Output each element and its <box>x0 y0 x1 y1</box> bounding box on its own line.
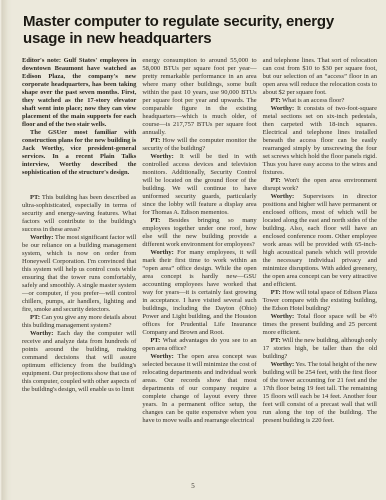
speaker-label: Worthy: <box>150 249 173 256</box>
speaker-label: PT: <box>150 337 160 344</box>
magazine-page: { "page": { "page_number": "5", "colors"… <box>0 0 386 500</box>
question-paragraph: PT: This building has been described as … <box>22 194 136 234</box>
question-text: This building has been described as ultr… <box>22 194 136 233</box>
speaker-label: PT: <box>30 314 40 321</box>
question-paragraph: PT: How will total space of Edison Plaza… <box>263 289 377 313</box>
speaker-label: Worthy: <box>30 234 53 241</box>
answer-paragraph: Worthy: Each day the computer will recei… <box>22 330 136 394</box>
speaker-label: Worthy: <box>30 330 53 337</box>
answer-paragraph: Worthy: Supervisors in director position… <box>263 193 377 289</box>
speaker-label: Worthy: <box>271 105 294 112</box>
speaker-label: Worthy: <box>150 353 173 360</box>
speaker-label: PT: <box>271 177 281 184</box>
answer-paragraph: Worthy: Yes. The total height of the new… <box>263 361 377 425</box>
article-columns: Editor's note: Gulf States' employees in… <box>0 47 386 425</box>
speaker-label: PT: <box>271 337 281 344</box>
column-1: Editor's note: Gulf States' employees in… <box>22 57 136 425</box>
page-number: 5 <box>0 482 386 490</box>
speaker-label: Worthy: <box>271 361 294 368</box>
speaker-label: Worthy: <box>150 153 173 160</box>
answer-text: Supervisors in director positions and hi… <box>263 193 377 288</box>
question-paragraph: PT: Can you give any more details about … <box>22 314 136 330</box>
column-3: and telephone lines. That sort of reloca… <box>263 57 377 425</box>
answer-text: Yes. The total height of the new buildin… <box>263 361 377 424</box>
question-paragraph: PT: Will the new building, although only… <box>263 337 377 361</box>
question-paragraph: PT: What advantages do you see to an ope… <box>142 337 256 353</box>
answer-text: The most significant factor will be our … <box>22 234 136 313</box>
column-2: energy consumption to around 55,000 to 5… <box>142 57 256 425</box>
answer-paragraph: Worthy: It consists of two-foot-square m… <box>263 105 377 177</box>
article-headline: Master computer to regulate security, en… <box>0 0 386 47</box>
speaker-label: PT: <box>150 137 160 144</box>
question-text: How will the computer monitor the securi… <box>142 137 256 152</box>
editor-note-paragraph: The GSUer most familiar with constructio… <box>22 129 136 177</box>
question-paragraph: PT: How will the computer monitor the se… <box>142 137 256 153</box>
answer-paragraph: Worthy: For many employees, it will mark… <box>142 249 256 337</box>
speaker-label: PT: <box>30 194 40 201</box>
speaker-label: PT: <box>271 289 281 296</box>
answer-paragraph: Worthy: The open area concept was select… <box>142 353 256 425</box>
question-text: Can you give any more details about this… <box>22 314 136 329</box>
question-paragraph: PT: What is an access floor? <box>263 97 377 105</box>
question-text: What advantages do you see to an open ar… <box>142 337 256 352</box>
speaker-label: PT: <box>271 97 281 104</box>
question-paragraph: PT: Besides bringing so many employees t… <box>142 217 256 249</box>
answer-paragraph: Worthy: It will be tied in with controll… <box>142 153 256 217</box>
speaker-label: Worthy: <box>271 313 294 320</box>
question-text: What is an access floor? <box>282 97 344 104</box>
speaker-label: PT: <box>150 217 160 224</box>
answer-paragraph: Worthy: The most significant factor will… <box>22 234 136 314</box>
answer-text: Each day the computer will receive and a… <box>22 330 136 393</box>
answer-paragraph: Worthy: Total floor space will be 4½ tim… <box>263 313 377 337</box>
answer-text: It will be tied in with controlled acces… <box>142 153 256 216</box>
answer-text: It consists of two-foot-square metal sec… <box>263 105 377 176</box>
question-paragraph: PT: Won't the open area environment disr… <box>263 177 377 193</box>
answer-text: For many employees, it will mark their f… <box>142 249 256 336</box>
continued-paragraph: and telephone lines. That sort of reloca… <box>263 57 377 97</box>
editor-note-paragraph: Editor's note: Gulf States' employees in… <box>22 57 136 129</box>
speaker-label: Worthy: <box>271 193 294 200</box>
question-text: Besides bringing so many employees toget… <box>142 217 256 248</box>
answer-text: The open area concept was selected becau… <box>142 353 256 424</box>
continued-paragraph: energy consumption to around 55,000 to 5… <box>142 57 256 137</box>
